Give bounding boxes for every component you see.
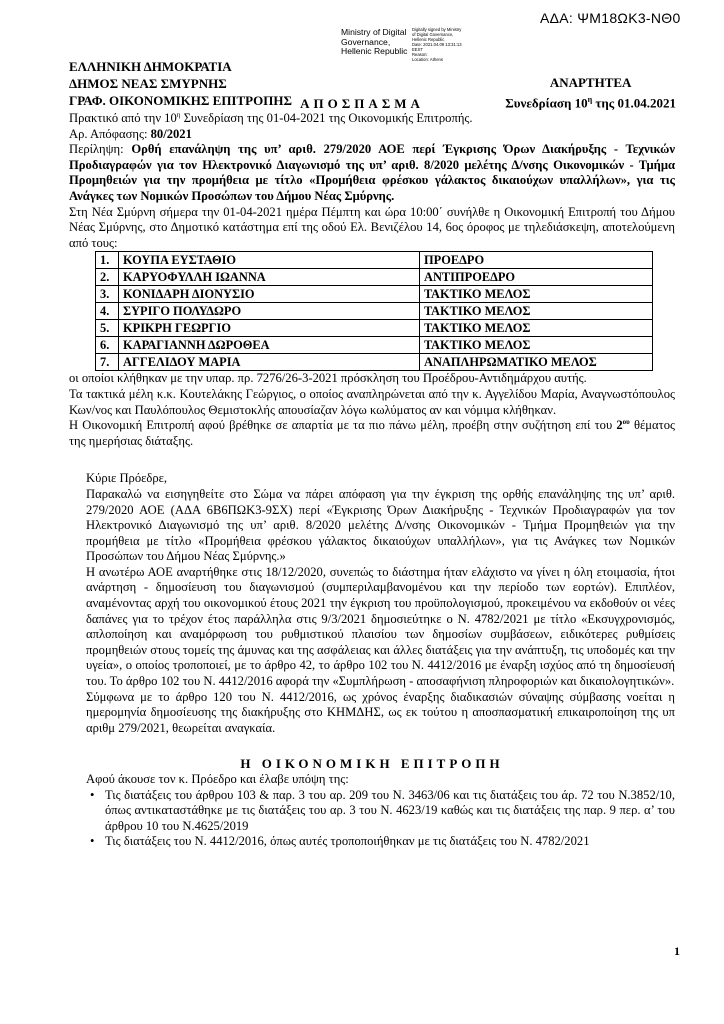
member-number: 4. bbox=[96, 303, 119, 320]
signer-line: Hellenic Republic bbox=[341, 47, 407, 57]
consideration-item: Τις διατάξεις του Ν. 4412/2016, όπως αυτ… bbox=[105, 834, 675, 850]
member-role: ΤΑΚΤΙΚΟ ΜΕΛΟΣ bbox=[420, 286, 653, 303]
quorum-sup: ου bbox=[623, 418, 630, 426]
member-name: ΣΥΡΙΓΟ ΠΟΛΥΔΩΡΟ bbox=[119, 303, 420, 320]
member-name: ΑΓΓΕΛΙΔΟΥ ΜΑΡΙΑ bbox=[119, 354, 420, 371]
member-row: 5.ΚΡΙΚΡΗ ΓΕΩΡΓΙΟΤΑΚΤΙΚΟ ΜΕΛΟΣ bbox=[96, 320, 653, 337]
member-number: 7. bbox=[96, 354, 119, 371]
issuer-line: ΕΛΛΗΝΙΚΗ ΔΗΜΟΚΡΑΤΙΑ bbox=[69, 58, 292, 75]
member-role: ΤΑΚΤΙΚΟ ΜΕΛΟΣ bbox=[420, 337, 653, 354]
member-number: 6. bbox=[96, 337, 119, 354]
document-title: ΑΠΟΣΠΑΣΜΑ bbox=[0, 96, 724, 112]
member-name: ΚΡΙΚΡΗ ΓΕΩΡΓΙΟ bbox=[119, 320, 420, 337]
minutes-suffix: Συνεδρίαση της 01-04-2021 της Οικονομική… bbox=[180, 111, 472, 125]
member-number: 5. bbox=[96, 320, 119, 337]
summary-text: Ορθή επανάληψη της υπ’ αριθ. 279/2020 ΑΟ… bbox=[69, 142, 675, 203]
member-row: 3.ΚΟΝΙΔΑΡΗ ΔΙΟΝΥΣΙΟΤΑΚΤΙΚΟ ΜΕΛΟΣ bbox=[96, 286, 653, 303]
member-name: ΚΟΥΠΑ ΕΥΣΤΑΘΙΟ bbox=[119, 252, 420, 269]
posting-label: ΑΝΑΡΤΗΤΕΑ bbox=[505, 74, 676, 91]
proposal-paragraph-2: Η ανωτέρω ΑΟΕ αναρτήθηκε στις 18/12/2020… bbox=[86, 565, 675, 690]
member-row: 2.ΚΑΡΥΟΦΥΛΛΗ ΙΩΑΝΝΑΑΝΤΙΠΡΟΕΔΡΟ bbox=[96, 269, 653, 286]
member-role: ΑΝΑΠΛΗΡΩΜΑΤΙΚΟ ΜΕΛΟΣ bbox=[420, 354, 653, 371]
signer-organization: Ministry of Digital Governance, Hellenic… bbox=[341, 28, 407, 57]
proposal-paragraph-3: Σύμφωνα με το άρθρο 120 του Ν. 4412/2016… bbox=[86, 690, 675, 737]
quorum-prefix: Η Οικονομική Επιτροπή αφού βρέθηκε σε απ… bbox=[69, 418, 616, 432]
digital-signature-details: Digitally signed by Ministry of Digital … bbox=[412, 27, 472, 62]
document-body: Πρακτικό από την 10η Συνεδρίαση της 01-0… bbox=[69, 111, 675, 850]
member-row: 1.ΚΟΥΠΑ ΕΥΣΤΑΘΙΟΠΡΟΕΔΡΟ bbox=[96, 252, 653, 269]
consideration-item: Τις διατάξεις του άρθρου 103 & παρ. 3 το… bbox=[105, 788, 675, 835]
member-role: ΤΑΚΤΙΚΟ ΜΕΛΟΣ bbox=[420, 320, 653, 337]
absent-paragraph: Τα τακτικά μέλη κ.κ. Κουτελάκης Γεώργιος… bbox=[69, 387, 675, 418]
member-role: ΑΝΤΙΠΡΟΕΔΡΟ bbox=[420, 269, 653, 286]
members-table: 1.ΚΟΥΠΑ ΕΥΣΤΑΘΙΟΠΡΟΕΔΡΟ2.ΚΑΡΥΟΦΥΛΛΗ ΙΩΑΝ… bbox=[95, 251, 653, 371]
proposal-paragraph-1: Παρακαλώ να εισηγηθείτε στο Σώμα να πάρε… bbox=[86, 487, 675, 565]
member-name: ΚΟΝΙΔΑΡΗ ΔΙΟΝΥΣΙΟ bbox=[119, 286, 420, 303]
member-number: 3. bbox=[96, 286, 119, 303]
committee-heard: Αφού άκουσε τον κ. Πρόεδρο και έλαβε υπό… bbox=[69, 772, 675, 788]
decision-number: 80/2021 bbox=[151, 127, 192, 141]
issuer-line: ΔΗΜΟΣ ΝΕΑΣ ΣΜΥΡΝΗΣ bbox=[69, 75, 292, 92]
member-row: 4.ΣΥΡΙΓΟ ΠΟΛΥΔΩΡΟΤΑΚΤΙΚΟ ΜΕΛΟΣ bbox=[96, 303, 653, 320]
minutes-line: Πρακτικό από την 10η Συνεδρίαση της 01-0… bbox=[69, 111, 675, 127]
committee-title: Η ΟΙΚΟΝΟΜΙΚΗ ΕΠΙΤΡΟΠΗ bbox=[69, 756, 675, 772]
decision-line: Αρ. Απόφασης: 80/2021 bbox=[69, 127, 675, 143]
member-name: ΚΑΡΥΟΦΥΛΛΗ ΙΩΑΝΝΑ bbox=[119, 269, 420, 286]
spacer bbox=[69, 449, 675, 471]
member-name: ΚΑΡΑΓΙΑΝΝΗ ΔΩΡΟΘΕΑ bbox=[119, 337, 420, 354]
member-number: 2. bbox=[96, 269, 119, 286]
invitation-paragraph: οι οποίοι κλήθηκαν με την υπαρ. πρ. 7276… bbox=[69, 371, 675, 387]
member-number: 1. bbox=[96, 252, 119, 269]
member-role: ΤΑΚΤΙΚΟ ΜΕΛΟΣ bbox=[420, 303, 653, 320]
salutation: Κύριε Πρόεδρε, bbox=[86, 471, 675, 487]
member-row: 6.ΚΑΡΑΓΙΑΝΝΗ ΔΩΡΟΘΕΑΤΑΚΤΙΚΟ ΜΕΛΟΣ bbox=[96, 337, 653, 354]
ada-code: ΑΔΑ: ΨΜ18ΩΚ3-ΝΘ0 bbox=[540, 10, 681, 26]
member-role: ΠΡΟΕΔΡΟ bbox=[420, 252, 653, 269]
member-row: 7.ΑΓΓΕΛΙΔΟΥ ΜΑΡΙΑΑΝΑΠΛΗΡΩΜΑΤΙΚΟ ΜΕΛΟΣ bbox=[96, 354, 653, 371]
meeting-paragraph: Στη Νέα Σμύρνη σήμερα την 01-04-2021 ημέ… bbox=[69, 205, 675, 252]
proposal: Κύριε Πρόεδρε, Παρακαλώ να εισηγηθείτε σ… bbox=[69, 471, 675, 736]
summary-label: Περίληψη: bbox=[69, 142, 131, 156]
signature-line: Location: Athens bbox=[412, 57, 472, 62]
considerations-list: Τις διατάξεις του άρθρου 103 & παρ. 3 το… bbox=[69, 788, 675, 850]
quorum-paragraph: Η Οικονομική Επιτροπή αφού βρέθηκε σε απ… bbox=[69, 418, 675, 449]
summary: Περίληψη: Ορθή επανάληψη της υπ’ αριθ. 2… bbox=[69, 142, 675, 204]
decision-label: Αρ. Απόφασης: bbox=[69, 127, 151, 141]
minutes-prefix: Πρακτικό από την 10 bbox=[69, 111, 177, 125]
page-number: 1 bbox=[674, 944, 680, 959]
